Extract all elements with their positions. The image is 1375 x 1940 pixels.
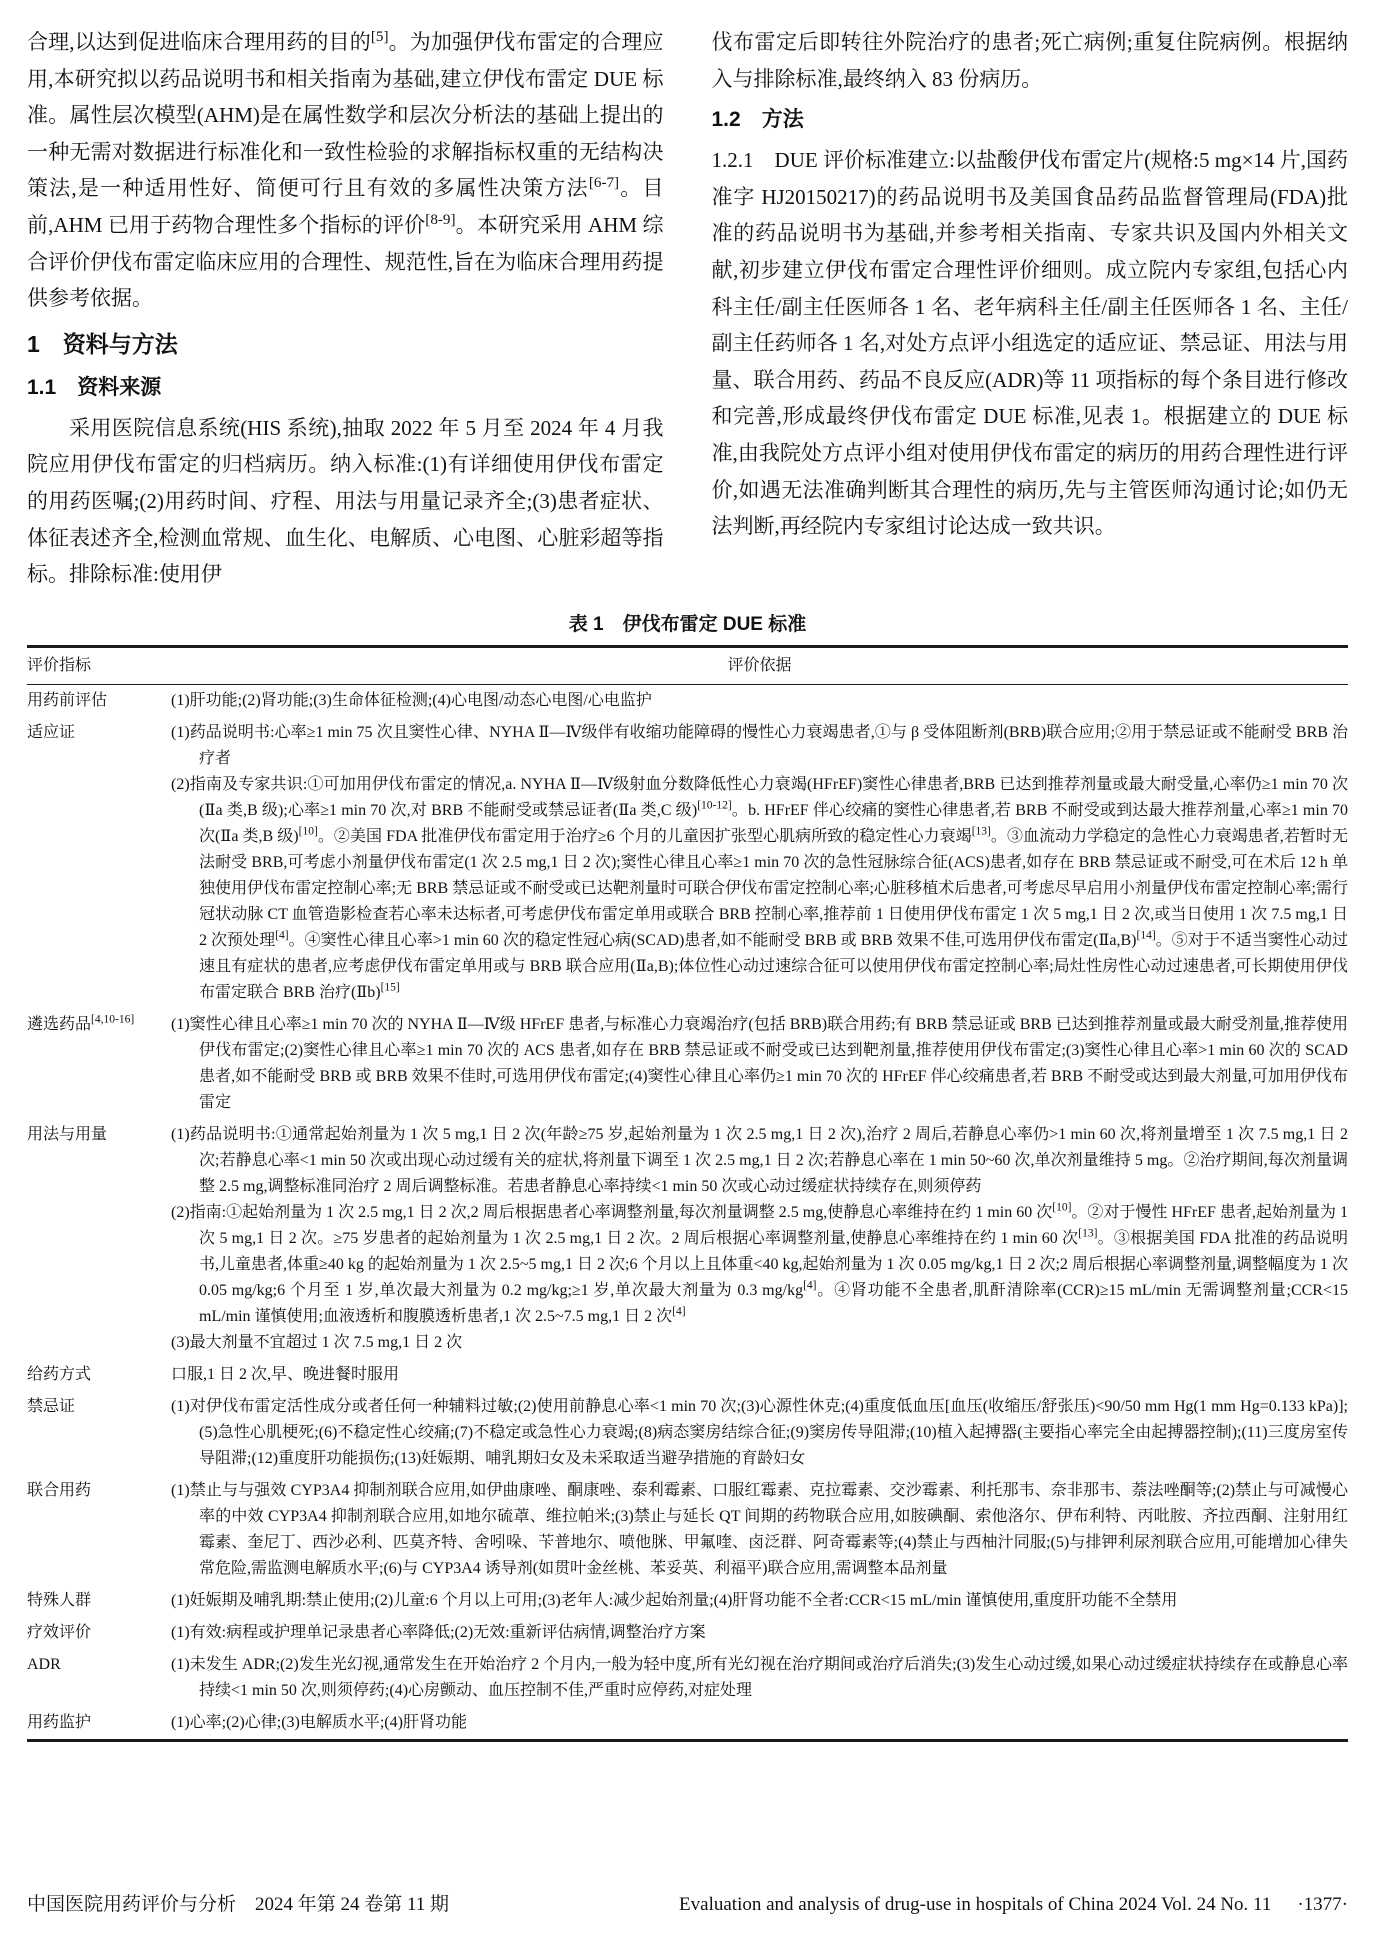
row-basis: (1)肝功能;(2)肾功能;(3)生命体征检测;(4)心电图/动态心电图/心电监… [171,684,1348,717]
header-evaluation-indicator: 评价指标 [27,646,171,684]
basis-paragraph: (1)药品说明书:心率≥1 min 75 次且窦性心律、NYHA Ⅱ—Ⅳ级伴有收… [171,720,1348,772]
basis-paragraph: (1)药品说明书:①通常起始剂量为 1 次 5 mg,1 日 2 次(年龄≥75… [171,1122,1348,1200]
row-indicator: 用药监护 [27,1707,171,1741]
row-basis: (1)药品说明书:①通常起始剂量为 1 次 5 mg,1 日 2 次(年龄≥75… [171,1119,1348,1359]
reference-superscript: [10] [1052,1201,1071,1213]
row-basis: (1)对伊伐布雷定活性成分或者任何一种辅料过敏;(2)使用前静息心率<1 min… [171,1391,1348,1475]
table-row: 联合用药(1)禁止与与强效 CYP3A4 抑制剂联合应用,如伊曲康唑、酮康唑、泰… [27,1475,1348,1585]
paper-page: 合理,以达到促进临床合理用药的目的[5]。为加强伊伐布雷定的合理应用,本研究拟以… [0,0,1375,1940]
reference-superscript: [4] [275,929,288,941]
basis-paragraph: (2)指南:①起始剂量为 1 次 2.5 mg,1 日 2 次,2 周后根据患者… [171,1200,1348,1330]
subsection-heading-method: 1.2 方法 [712,101,1349,139]
table-row: 用药前评估(1)肝功能;(2)肾功能;(3)生命体征检测;(4)心电图/动态心电… [27,684,1348,717]
left-column: 合理,以达到促进临床合理用药的目的[5]。为加强伊伐布雷定的合理应用,本研究拟以… [27,24,664,593]
row-basis: (1)心率;(2)心律;(3)电解质水平;(4)肝肾功能 [171,1707,1348,1741]
basis-paragraph: (1)心率;(2)心律;(3)电解质水平;(4)肝肾功能 [171,1710,1348,1736]
table-title: 表 1 伊伐布雷定 DUE 标准 [27,609,1348,636]
table-header-row: 评价指标 评价依据 [27,646,1348,684]
row-indicator: 疗效评价 [27,1617,171,1649]
row-indicator: ADR [27,1649,171,1707]
journal-name-en: Evaluation and analysis of drug-use in h… [679,1894,1271,1916]
reference-superscript: [4] [803,1279,816,1291]
basis-paragraph: 口服,1 日 2 次,早、晚进餐时服用 [171,1362,1348,1388]
basis-paragraph: (1)禁止与与强效 CYP3A4 抑制剂联合应用,如伊曲康唑、酮康唑、泰利霉素、… [171,1478,1348,1582]
table-row: 给药方式口服,1 日 2 次,早、晚进餐时服用 [27,1359,1348,1391]
row-indicator: 禁忌证 [27,1391,171,1475]
row-indicator: 适应证 [27,717,171,1009]
reference-superscript: [13] [972,825,991,837]
right-column: 伐布雷定后即转往外院治疗的患者;死亡病例;重复住院病例。根据纳入与排除标准,最终… [712,24,1349,593]
table-row: 禁忌证(1)对伊伐布雷定活性成分或者任何一种辅料过敏;(2)使用前静息心率<1 … [27,1391,1348,1475]
table-row: 适应证(1)药品说明书:心率≥1 min 75 次且窦性心律、NYHA Ⅱ—Ⅳ级… [27,717,1348,1009]
reference-superscript: [10] [299,825,318,837]
table-row: 用药监护(1)心率;(2)心律;(3)电解质水平;(4)肝肾功能 [27,1707,1348,1741]
reference-superscript: [10-12] [697,799,732,811]
row-indicator: 特殊人群 [27,1585,171,1617]
row-basis: (1)妊娠期及哺乳期:禁止使用;(2)儿童:6 个月以上可用;(3)老年人:减少… [171,1585,1348,1617]
basis-paragraph: (3)最大剂量不宜超过 1 次 7.5 mg,1 日 2 次 [171,1330,1348,1356]
body-columns: 合理,以达到促进临床合理用药的目的[5]。为加强伊伐布雷定的合理应用,本研究拟以… [27,24,1348,593]
table-row: 特殊人群(1)妊娠期及哺乳期:禁止使用;(2)儿童:6 个月以上可用;(3)老年… [27,1585,1348,1617]
table-body: 用药前评估(1)肝功能;(2)肾功能;(3)生命体征检测;(4)心电图/动态心电… [27,684,1348,1740]
section-heading-materials-methods: 1 资料与方法 [27,324,664,364]
row-indicator: 联合用药 [27,1475,171,1585]
reference-superscript: [8-9] [425,212,455,228]
table-row: ADR(1)未发生 ADR;(2)发生光幻视,通常发生在开始治疗 2 个月内,一… [27,1649,1348,1707]
basis-paragraph: (2)指南及专家共识:①可加用伊伐布雷定的情况,a. NYHA Ⅱ—Ⅳ级射血分数… [171,772,1348,1006]
reference-superscript: [5] [371,29,389,45]
paragraph-due-criteria-building: 1.2.1 DUE 评价标准建立:以盐酸伊伐布雷定片(规格:5 mg×14 片,… [712,142,1349,545]
basis-paragraph: (1)妊娠期及哺乳期:禁止使用;(2)儿童:6 个月以上可用;(3)老年人:减少… [171,1588,1348,1614]
reference-superscript: [13] [1078,1227,1097,1239]
basis-paragraph: (1)窦性心律且心率≥1 min 70 次的 NYHA Ⅱ—Ⅳ级 HFrEF 患… [171,1012,1348,1116]
due-criteria-table: 评价指标 评价依据 用药前评估(1)肝功能;(2)肾功能;(3)生命体征检测;(… [27,645,1348,1742]
row-indicator: 用药前评估 [27,684,171,717]
row-basis: (1)窦性心律且心率≥1 min 70 次的 NYHA Ⅱ—Ⅳ级 HFrEF 患… [171,1009,1348,1119]
paragraph-exclusion-continued: 伐布雷定后即转往外院治疗的患者;死亡病例;重复住院病例。根据纳入与排除标准,最终… [712,24,1349,97]
row-indicator: 给药方式 [27,1359,171,1391]
row-basis: 口服,1 日 2 次,早、晚进餐时服用 [171,1359,1348,1391]
page-number: ·1377· [1297,1894,1348,1916]
basis-paragraph: (1)有效:病程或护理单记录患者心率降低;(2)无效:重新评估病情,调整治疗方案 [171,1620,1348,1646]
row-basis: (1)未发生 ADR;(2)发生光幻视,通常发生在开始治疗 2 个月内,一般为轻… [171,1649,1348,1707]
reference-superscript: [15] [381,981,400,993]
journal-name-cn: 中国医院用药评价与分析 2024 年第 24 卷第 11 期 [27,1889,449,1916]
row-indicator: 遴选药品[4,10-16] [27,1009,171,1119]
paragraph-data-source: 采用医院信息系统(HIS 系统),抽取 2022 年 5 月至 2024 年 4… [27,410,664,593]
reference-superscript: [6-7] [589,175,619,191]
footer-right-group: Evaluation and analysis of drug-use in h… [679,1894,1348,1916]
row-basis: (1)有效:病程或护理单记录患者心率降低;(2)无效:重新评估病情,调整治疗方案 [171,1617,1348,1649]
table-row: 遴选药品[4,10-16](1)窦性心律且心率≥1 min 70 次的 NYHA… [27,1009,1348,1119]
page-footer: 中国医院用药评价与分析 2024 年第 24 卷第 11 期 Evaluatio… [27,1889,1348,1916]
header-evaluation-basis: 评价依据 [171,646,1348,684]
basis-paragraph: (1)未发生 ADR;(2)发生光幻视,通常发生在开始治疗 2 个月内,一般为轻… [171,1652,1348,1704]
reference-superscript: [4] [672,1305,685,1317]
row-basis: (1)禁止与与强效 CYP3A4 抑制剂联合应用,如伊曲康唑、酮康唑、泰利霉素、… [171,1475,1348,1585]
basis-paragraph: (1)对伊伐布雷定活性成分或者任何一种辅料过敏;(2)使用前静息心率<1 min… [171,1394,1348,1472]
table-row: 用法与用量(1)药品说明书:①通常起始剂量为 1 次 5 mg,1 日 2 次(… [27,1119,1348,1359]
table-row: 疗效评价(1)有效:病程或护理单记录患者心率降低;(2)无效:重新评估病情,调整… [27,1617,1348,1649]
basis-paragraph: (1)肝功能;(2)肾功能;(3)生命体征检测;(4)心电图/动态心电图/心电监… [171,688,1348,714]
paragraph-intro-continued: 合理,以达到促进临床合理用药的目的[5]。为加强伊伐布雷定的合理应用,本研究拟以… [27,24,664,317]
subsection-heading-data-source: 1.1 资料来源 [27,369,664,407]
row-basis: (1)药品说明书:心率≥1 min 75 次且窦性心律、NYHA Ⅱ—Ⅳ级伴有收… [171,717,1348,1009]
reference-superscript: [14] [1136,929,1155,941]
reference-superscript: [4,10-16] [91,1013,134,1025]
row-indicator: 用法与用量 [27,1119,171,1359]
